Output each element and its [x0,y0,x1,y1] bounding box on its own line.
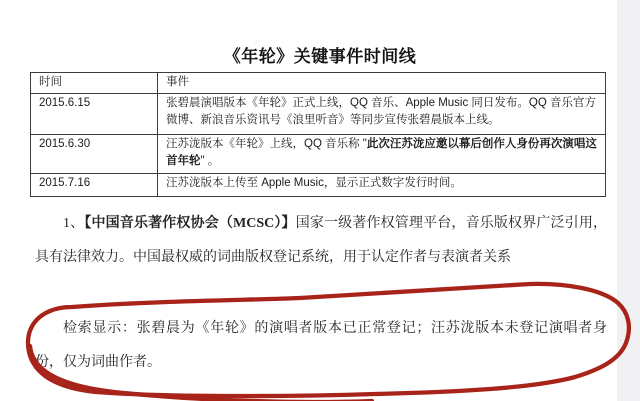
table-row: 2015.6.15 张碧晨演唱版本《年轮》正式上线，QQ 音乐、Apple Mu… [31,94,606,135]
cell-time: 2015.6.15 [31,94,158,135]
event-text-normal: 汪苏泷版本《年轮》上线，QQ 音乐称 " [166,138,367,150]
page-title: 《年轮》关键事件时间线 [0,42,640,67]
cell-event: 汪苏泷版本上传至 Apple Music，显示正式数字发行时间。 [158,174,606,197]
table-row: 2015.7.16 汪苏泷版本上传至 Apple Music，显示正式数字发行时… [31,174,606,197]
cell-time: 2015.7.16 [31,174,158,197]
cell-event: 张碧晨演唱版本《年轮》正式上线，QQ 音乐、Apple Music 同日发布。Q… [158,94,606,135]
list-number: 1、 [63,216,84,231]
timeline-table: 时间 事件 2015.6.15 张碧晨演唱版本《年轮》正式上线，QQ 音乐、Ap… [30,72,606,197]
header-cell-event: 事件 [158,73,606,94]
table-header-row: 时间 事件 [31,73,606,94]
mcsc-bold-label: 【中国音乐著作权协会（MCSC）】 [84,216,295,231]
paragraph-mcsc: 1、【中国音乐著作权协会（MCSC）】国家一级著作权管理平台，音乐版权界广泛引用… [35,207,607,274]
cell-time: 2015.6.30 [31,135,158,174]
table-row: 2015.6.30 汪苏泷版本《年轮》上线，QQ 音乐称 "此次汪苏泷应邀以幕后… [31,135,606,174]
paragraph-search-result: 检索显示：张碧晨为《年轮》的演唱者版本已正常登记；汪苏泷版本未登记演唱者身份，仅… [35,312,607,379]
cell-event: 汪苏泷版本《年轮》上线，QQ 音乐称 "此次汪苏泷应邀以幕后创作人身份再次演唱这… [158,135,606,174]
header-cell-time: 时间 [31,73,158,94]
event-text-normal: " 。 [201,155,220,167]
